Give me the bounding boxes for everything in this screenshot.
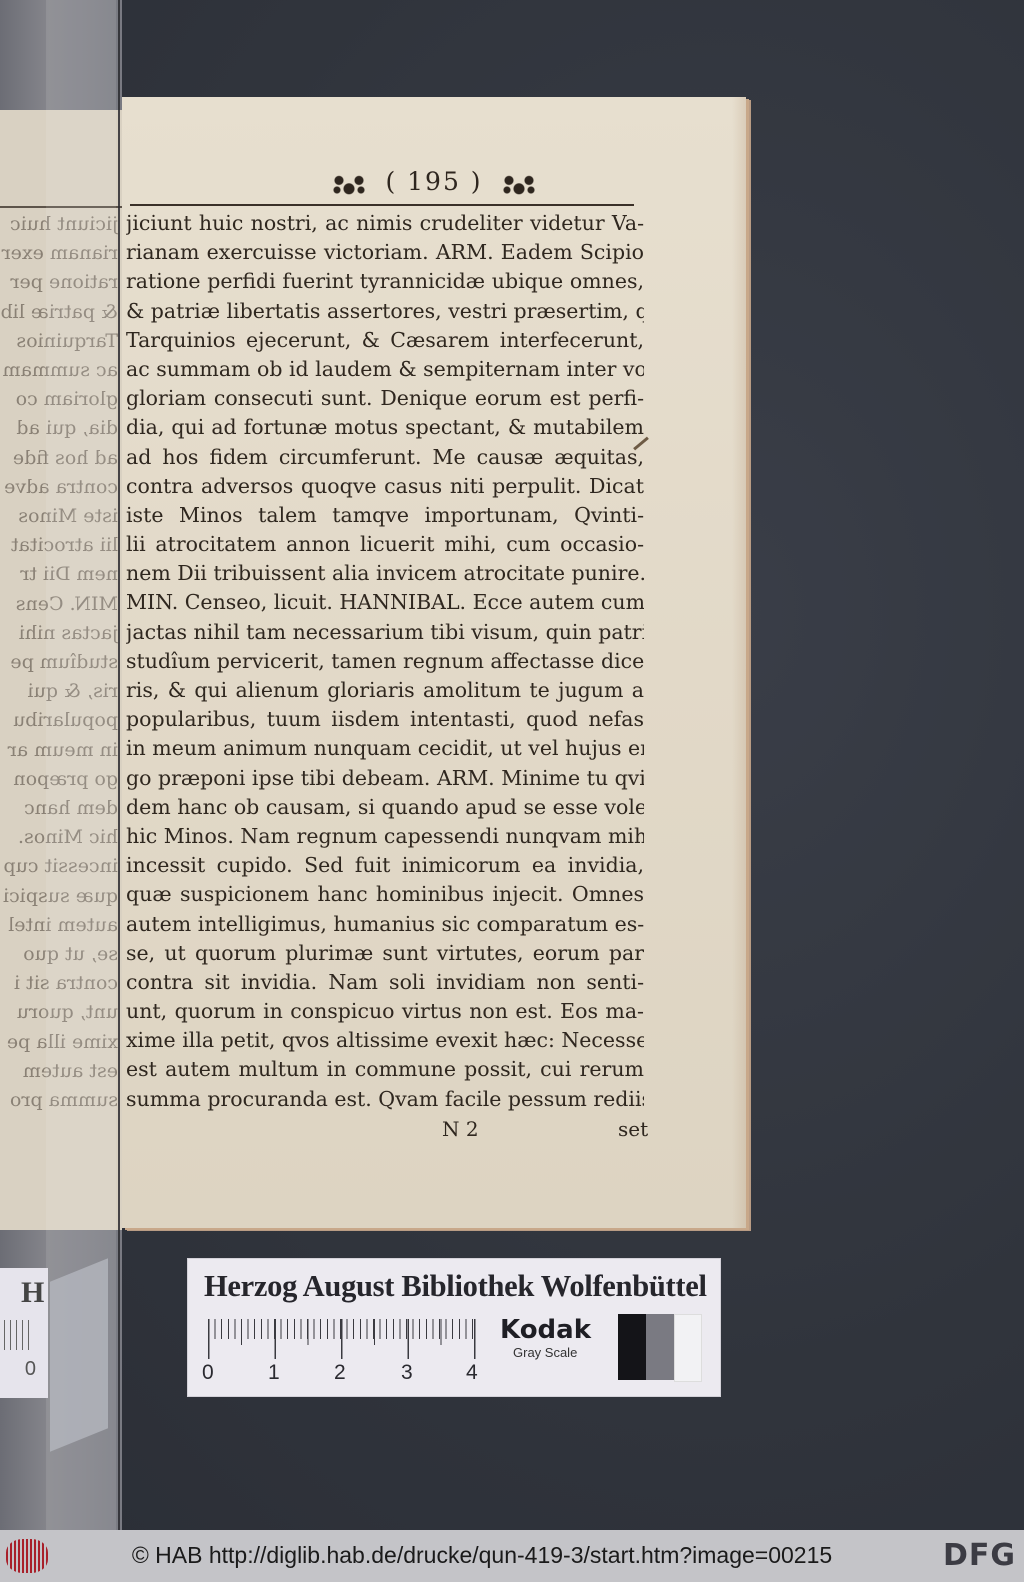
left-reflected-card (50, 1258, 108, 1451)
text-line: & patriæ libertatis assertores, vestri p… (126, 297, 644, 326)
text-line: gloriam consecuti sunt. Denique eorum es… (126, 384, 644, 413)
text-line: autem intelligimus, humanius sic compara… (126, 910, 644, 939)
text-line: dia, qui ad fortunæ motus spectant, & mu… (126, 413, 644, 442)
text-line: nem Dii tribuissent alia invicem atrocit… (126, 559, 644, 588)
ruler-label-2: 2 (334, 1361, 346, 1385)
footer-credit-link[interactable]: © HAB http://diglib.hab.de/drucke/qun-41… (62, 1542, 902, 1569)
kodak-logo: Kodak (500, 1315, 591, 1345)
swatch-white (674, 1314, 702, 1382)
text-line: est autem multum in commune possit, cui … (126, 1055, 644, 1084)
text-line: jactas nihil tam necessarium tibi visum,… (126, 618, 644, 647)
text-line: summa procuranda est. Qvam facile pessum… (126, 1085, 644, 1114)
swatch-gray (646, 1314, 674, 1380)
swatch-black (618, 1314, 646, 1380)
text-line: ratione perfidi fuerint tyrannicidæ ubiq… (126, 267, 644, 296)
ornament-left-icon (329, 172, 369, 196)
text-line: dem hanc ob causam, si quando apud se es… (126, 793, 644, 822)
text-line: se, ut quorum plurimæ sunt virtutes, eor… (126, 939, 644, 968)
page-number: ( 195 ) (385, 167, 482, 196)
left-color-target-fragment: H 0 (0, 1268, 48, 1398)
library-name: Herzog August Bibliothek Wolfenbüttel (204, 1269, 707, 1304)
color-target-card: Herzog August Bibliothek Wolfenbüttel 0 … (187, 1258, 721, 1397)
ruler-label-1: 1 (268, 1361, 280, 1385)
text-line: contra adversos quoqve casus niti perpul… (126, 472, 644, 501)
book-gutter-line (118, 0, 120, 1530)
kodak-subtitle: Gray Scale (513, 1345, 577, 1360)
text-line: ad hos fidem circumferunt. Me causæ æqui… (126, 443, 644, 472)
text-line: rianam exercuisse victoriam. ARM. Eadem … (126, 238, 644, 267)
text-line: ris, & qui alienum gloriaris amolitum te… (126, 676, 644, 705)
left-target-ruler-ticks (4, 1320, 34, 1350)
text-line: unt, quorum in conspicuo virtus non est.… (126, 997, 644, 1026)
book-page: ( 195 ) jiciunt huic nostri, ac nimis cr… (122, 97, 746, 1228)
text-line: iste Minos talem tamqve importunam, Qvin… (126, 501, 644, 530)
ruler-major-ticks (208, 1319, 476, 1359)
text-line: popularibus, tuum iisdem intentasti, quo… (126, 705, 644, 734)
text-line: hic Minos. Nam regnum capessendi nunqvam… (126, 822, 644, 851)
head-rule (130, 204, 634, 206)
footer-bar: © HAB http://diglib.hab.de/drucke/qun-41… (0, 1530, 1024, 1582)
left-target-letter: H (21, 1276, 44, 1310)
text-line: contra sit invidia. Nam soli invidiam no… (126, 968, 644, 997)
page-body-text: jiciunt huic nostri, ac nimis crudeliter… (126, 209, 644, 1114)
ruler-label-3: 3 (401, 1361, 413, 1385)
running-head: ( 195 ) (122, 167, 746, 196)
text-line: xime illa petit, qvos altissime evexit h… (126, 1026, 644, 1055)
text-line: incessit cupido. Sed fuit inimicorum ea … (126, 851, 644, 880)
text-line: Tarquinios ejecerunt, & Cæsarem interfec… (126, 326, 644, 355)
ruler-label-4: 4 (466, 1361, 478, 1385)
text-line: studîum pervicerit, tamen regnum affecta… (126, 647, 644, 676)
text-line: jiciunt huic nostri, ac nimis crudeliter… (126, 209, 644, 238)
text-line: go præponi ipse tibi debeam. ARM. Minime… (126, 764, 644, 793)
text-line: quæ suspicionem hanc hominibus injecit. … (126, 880, 644, 909)
ornament-right-icon (499, 172, 539, 196)
hab-logo-icon (6, 1539, 48, 1573)
text-line: MIN. Censeo, licuit. HANNIBAL. Ecce aute… (126, 588, 644, 617)
left-target-zero: 0 (25, 1358, 36, 1381)
text-line: ac summam ob id laudem & sempiternam int… (126, 355, 644, 384)
dfg-logo: DFG (943, 1538, 1016, 1573)
ruler-label-0: 0 (202, 1361, 214, 1385)
text-line: lii atrocitatem annon licuerit mihi, cum… (126, 530, 644, 559)
signature-mark: N 2 (442, 1117, 479, 1141)
catchword: set (618, 1117, 648, 1141)
text-line: in meum animum nunquam cecidit, ut vel h… (126, 734, 644, 763)
